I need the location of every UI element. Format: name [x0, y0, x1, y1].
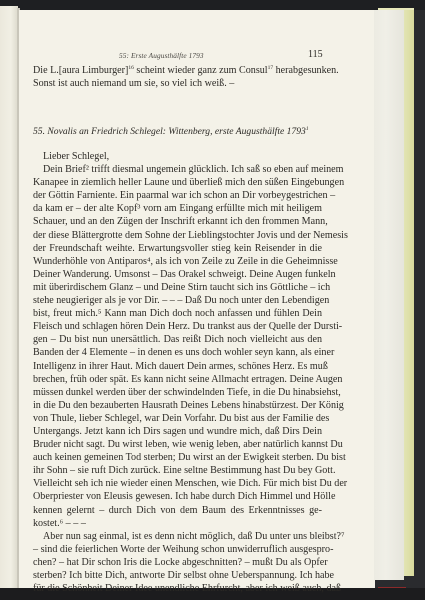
text-line: stehe neugieriger als je vor Dir. – – – …: [33, 294, 322, 307]
text-line: bist, freut mich.⁵ Kann man Dich doch no…: [33, 307, 322, 320]
text-line: Sonst ist auch niemand um sie, so viel i…: [33, 77, 322, 90]
text-line: Oberpriester von Eleusis gewesen. Ich ha…: [33, 490, 322, 503]
text-line: Deiner Wanderung. Umsonst – Das Orakel s…: [33, 268, 322, 281]
text-line: gen – Du bist nun unersättlich. Das reiß…: [33, 333, 322, 346]
salutation: Lieber Schlegel,: [33, 150, 322, 163]
paragraph-1: Dein Brief² trifft diesmal ungemein glüc…: [33, 163, 322, 530]
text-line: Kanapee in ziemlich heller Laune und übe…: [33, 176, 322, 189]
text-line: Wunderhöhle von Antiparos⁴, als ich von …: [33, 255, 322, 268]
page-number: 115: [308, 49, 323, 60]
text-line: – sind die feierlichen Worte der Weihung…: [33, 543, 322, 556]
text-line: Die L.[aura Limburger]16 scheint wieder …: [33, 64, 322, 77]
continuation-text: Die L.[aura Limburger]16 scheint wieder …: [33, 64, 322, 90]
page-stack-edge: [374, 10, 404, 580]
text-line: da kam er – der alte Kopf³ vorn am Einga…: [33, 202, 322, 215]
text-line: auch keinen gemeinen Tod sterben; Du wir…: [33, 451, 322, 464]
left-page-edge: [0, 6, 18, 590]
text-line: müssen dunkel werden über der schwindeln…: [33, 386, 322, 399]
paragraph-2: Aber nun sag einmal, ist es denn nicht m…: [33, 530, 322, 595]
text-line: Untergangs. Jetzt kann ich Dirs sagen un…: [33, 425, 322, 438]
book-cover-edge: [404, 10, 414, 576]
text-line: kostet.⁶ – – –: [33, 517, 322, 530]
text-line: kennen gelernt – durch Dich von dem Baum…: [33, 504, 322, 517]
text-line: für die Schönheit Deiner Idee unendliche…: [33, 582, 322, 595]
text-line: in die Du den bezauberten Hausrath Deine…: [33, 399, 322, 412]
text-line: Aber nun sag einmal, ist es denn nicht m…: [33, 530, 322, 543]
text-line: von Thule, lieber Schlegel, war Dein Vor…: [33, 412, 322, 425]
text-line: der diese Blättergrotte dem Sohne der Li…: [33, 229, 322, 242]
text-line: mit überirdischem Glanz – und Deine Stir…: [33, 281, 322, 294]
text-line: brechen, früh oder spät. Es kann nicht s…: [33, 373, 322, 386]
text-line: der Freundschaft weihte. Erwartungsvolle…: [33, 242, 322, 255]
text-line: ihr Sohn – sie ruft Dich zurück. Eine se…: [33, 464, 322, 477]
letter-heading: 55. Novalis an Friedrich Schlegel: Witte…: [33, 126, 333, 137]
text-line: sterben? Ich bitte Dich, antworte Dir se…: [33, 569, 322, 582]
text-line: Dein Brief² trifft diesmal ungemein glüc…: [33, 163, 322, 176]
text-line: chen? – hat Dir schon Iris die Locke abg…: [33, 556, 322, 569]
text-line: Intelligenz in ihrer Haut. Mich dauert D…: [33, 360, 322, 373]
running-head: 55: Erste Augusthälfte 1793: [119, 51, 204, 60]
text-line: Vielleicht seh ich nie wieder einen Mens…: [33, 477, 322, 490]
text-line: Fleisch und schlagen hören Dein Herz. Du…: [33, 320, 322, 333]
text-line: Bruder nicht sagt. Du wirst leben, wie w…: [33, 438, 322, 451]
text-line: Banden der 4 Elemente – in denen es uns …: [33, 346, 322, 359]
letter-body: Lieber Schlegel, Dein Brief² trifft dies…: [33, 150, 322, 595]
text-line: der Göttin Farniente. Ein paarmal war ic…: [33, 189, 322, 202]
background-top: [0, 0, 425, 10]
text-line: Schauer, und an den Zügen der Inschrift …: [33, 215, 322, 228]
